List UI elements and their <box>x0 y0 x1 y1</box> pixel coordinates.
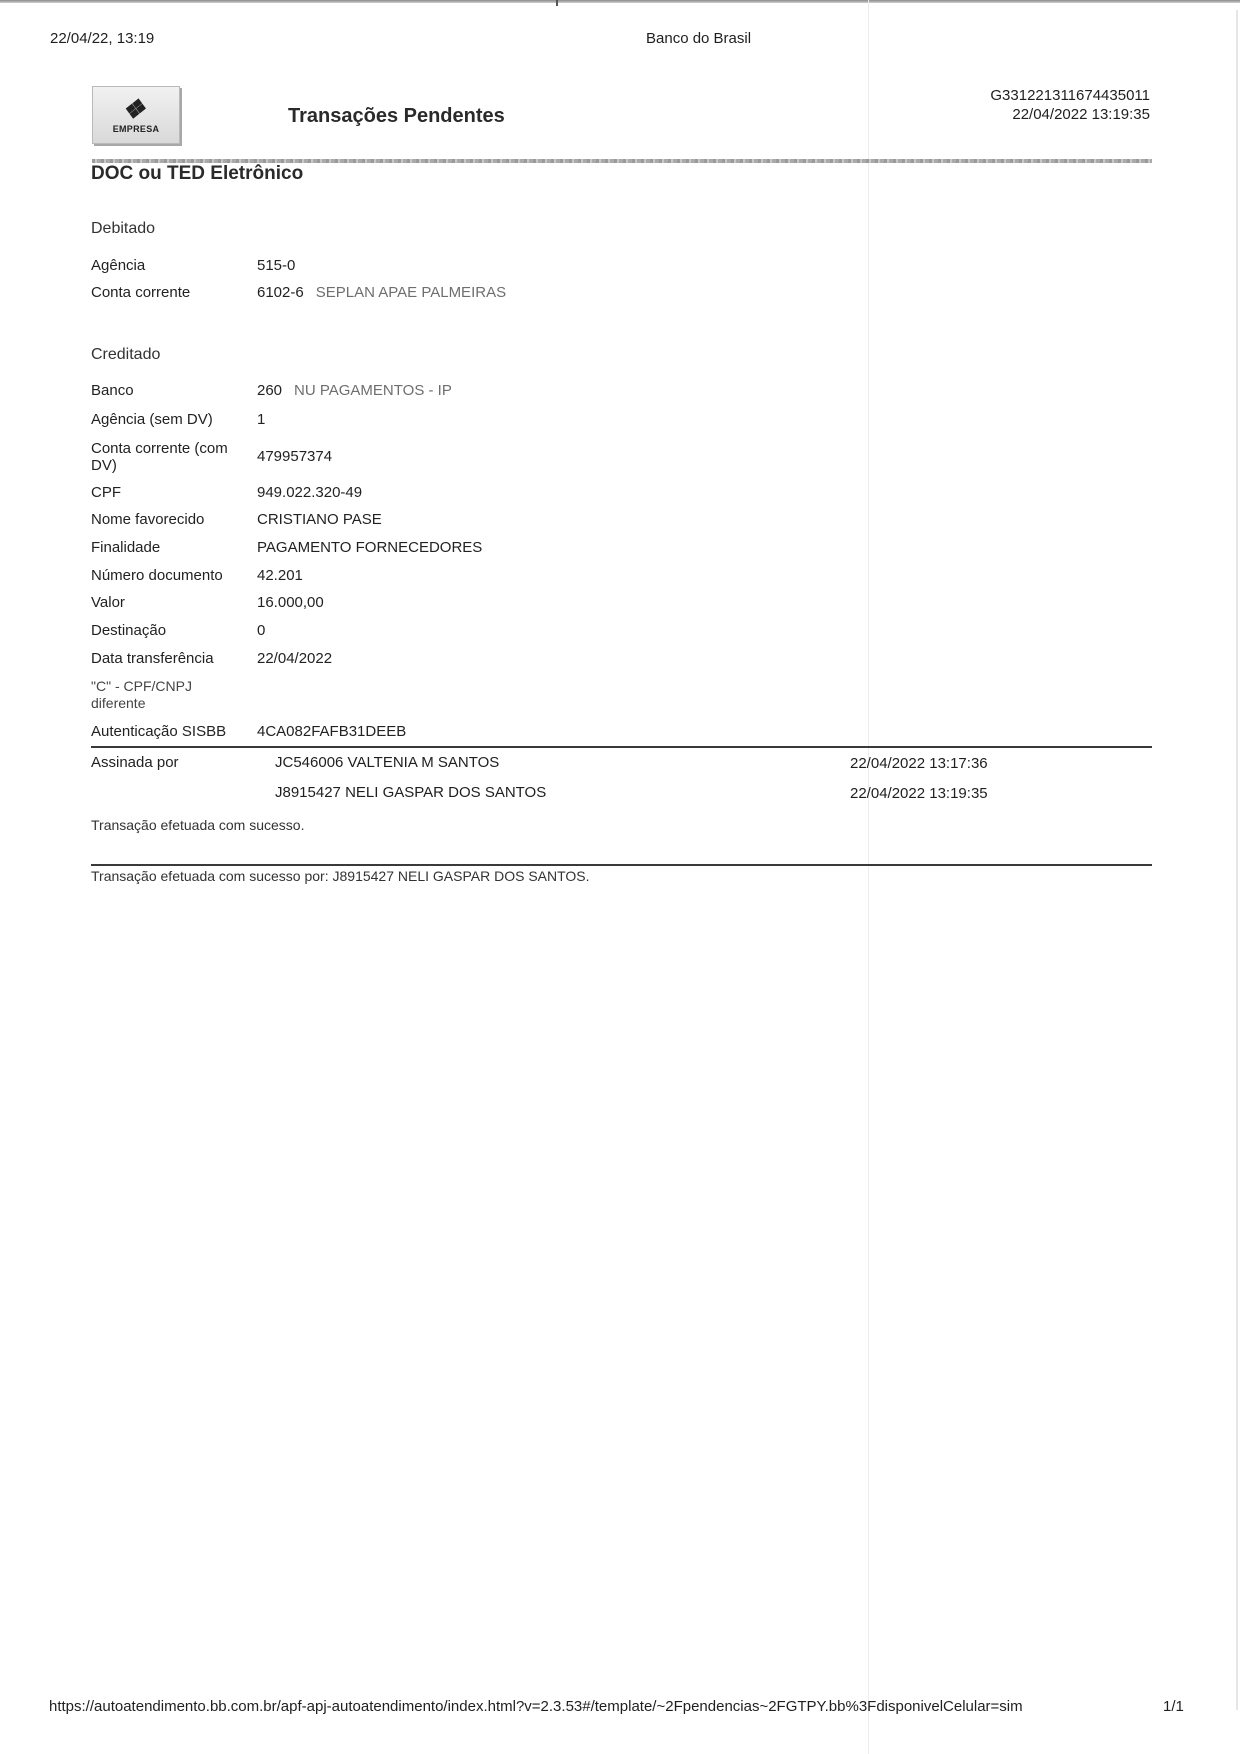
field-label: Autenticação SISBB <box>91 723 251 740</box>
print-datetime: 22/04/22, 13:19 <box>50 30 154 47</box>
page-number: 1/1 <box>1163 1698 1184 1715</box>
field-label: Nome favorecido <box>91 511 251 528</box>
debitado-heading: Debitado <box>91 220 155 238</box>
field-label: Finalidade <box>91 539 251 556</box>
field-value: 260NU PAGAMENTOS - IP <box>257 382 452 399</box>
print-site-title: Banco do Brasil <box>646 30 751 47</box>
divider <box>91 864 1152 866</box>
page-title: Transações Pendentes <box>288 105 505 128</box>
field-value: PAGAMENTO FORNECEDORES <box>257 539 482 556</box>
transaction-datetime: 22/04/2022 13:19:35 <box>990 105 1150 124</box>
creditado-heading: Creditado <box>91 346 160 364</box>
signer-datetime: 22/04/2022 13:19:35 <box>850 785 988 802</box>
amount-value: 16.000,00 <box>257 594 324 611</box>
signer-name: JC546006 VALTENIA M SANTOS <box>275 754 499 771</box>
section-title: DOC ou TED Eletrônico <box>91 163 303 185</box>
field-label: Agência <box>91 257 251 274</box>
field-value: CRISTIANO PASE <box>257 511 382 528</box>
transaction-meta: G331221311674435011 22/04/2022 13:19:35 <box>990 86 1150 124</box>
scan-fold-line <box>868 0 869 1754</box>
transaction-id: G331221311674435011 <box>990 86 1150 105</box>
print-url: https://autoatendimento.bb.com.br/apf-ap… <box>49 1698 1023 1715</box>
scan-mark <box>556 0 558 6</box>
scan-edge-right <box>1236 10 1238 1710</box>
banco-do-brasil-logo-icon: ❖ <box>121 96 151 122</box>
field-label: Destinação <box>91 622 251 639</box>
field-label: Agência (sem DV) <box>91 411 251 428</box>
field-label: Valor <box>91 594 251 611</box>
field-label: CPF <box>91 484 251 501</box>
bank-logo: ❖ EMPRESA <box>92 86 180 144</box>
field-label: Banco <box>91 382 251 399</box>
scan-edge <box>0 0 1240 3</box>
signer-name: J8915427 NELI GASPAR DOS SANTOS <box>275 784 546 801</box>
field-label: Data transferência <box>91 650 251 667</box>
field-value: 6102-6SEPLAN APAE PALMEIRAS <box>257 284 506 301</box>
field-value: 1 <box>257 411 265 428</box>
authentication-code: 4CA082FAFB31DEEB <box>257 723 406 740</box>
field-value: 949.022.320-49 <box>257 484 362 501</box>
field-value: 515-0 <box>257 257 295 274</box>
field-value: 22/04/2022 <box>257 650 332 667</box>
logo-label: EMPRESA <box>113 124 160 134</box>
status-message: Transação efetuada com sucesso. <box>91 817 305 833</box>
divider <box>91 746 1152 748</box>
signatures-label: Assinada por <box>91 754 251 771</box>
field-value: 0 <box>257 622 265 639</box>
signer-datetime: 22/04/2022 13:17:36 <box>850 755 988 772</box>
field-label: Conta corrente (com DV) <box>91 440 251 474</box>
field-value: 42.201 <box>257 567 303 584</box>
account-holder-name: SEPLAN APAE PALMEIRAS <box>316 284 506 301</box>
field-label: Número documento <box>91 567 251 584</box>
status-footer-message: Transação efetuada com sucesso por: J891… <box>91 868 590 884</box>
field-label: "C" - CPF/CNPJ diferente <box>91 678 221 712</box>
field-value: 479957374 <box>257 448 332 465</box>
field-label: Conta corrente <box>91 284 251 301</box>
bank-name: NU PAGAMENTOS - IP <box>294 382 452 399</box>
